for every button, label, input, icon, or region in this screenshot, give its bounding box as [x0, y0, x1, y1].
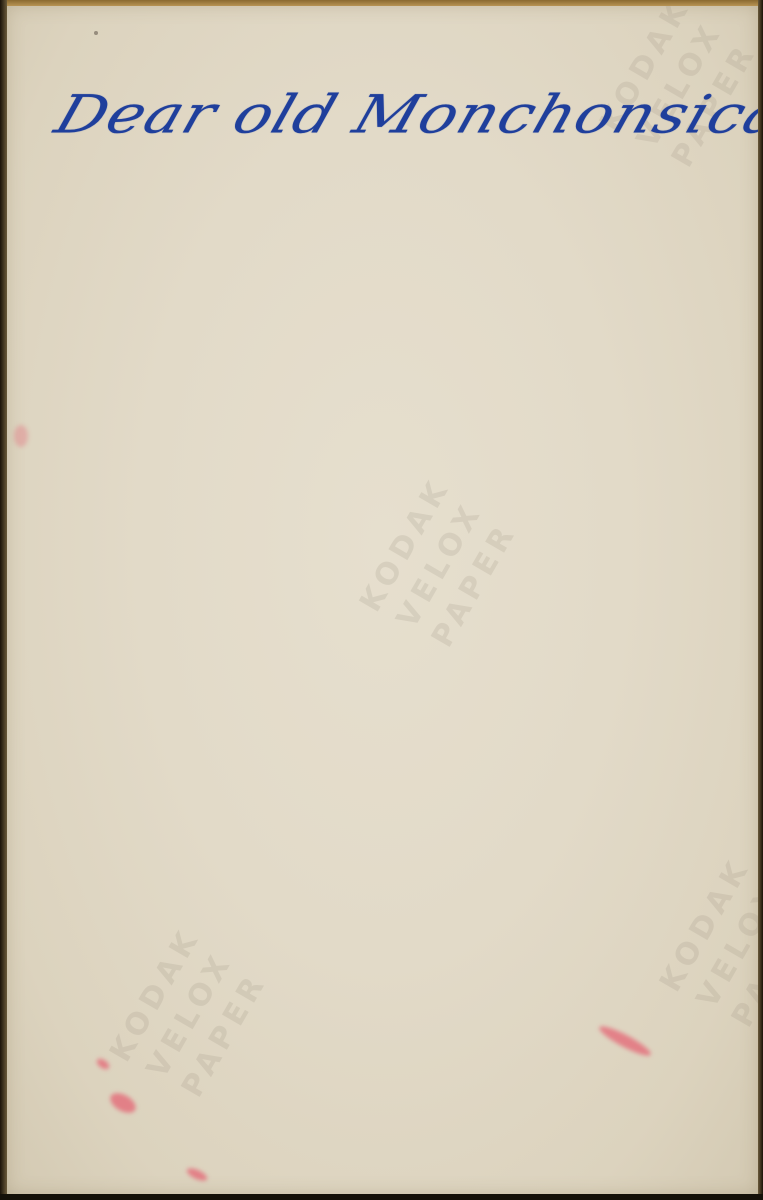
red-stain	[95, 1057, 111, 1072]
red-stain	[185, 1166, 209, 1183]
red-stain	[107, 1089, 139, 1117]
card-bottom-edge	[0, 1194, 763, 1200]
kodak-velox-watermark-bottom: KODAK VELOX PAPER	[101, 921, 279, 1110]
card-top-edge	[0, 0, 763, 6]
handwritten-inscription: Dear old Monchonsica	[48, 83, 763, 145]
kodak-velox-watermark: KODAK VELOX PAPER	[351, 471, 529, 660]
red-stain	[597, 1022, 654, 1060]
scanned-photo-back: KODAK VELOX PAPER KODAK VELOX PAPER KODA…	[0, 0, 763, 1200]
red-stain	[14, 425, 28, 447]
card-left-edge	[0, 0, 7, 1200]
dust-speck	[94, 31, 98, 35]
photo-card-back: KODAK VELOX PAPER KODAK VELOX PAPER KODA…	[6, 5, 759, 1195]
kodak-velox-watermark-right: KODAK VELOX PAPER	[651, 851, 763, 1040]
card-right-edge	[758, 0, 763, 1200]
